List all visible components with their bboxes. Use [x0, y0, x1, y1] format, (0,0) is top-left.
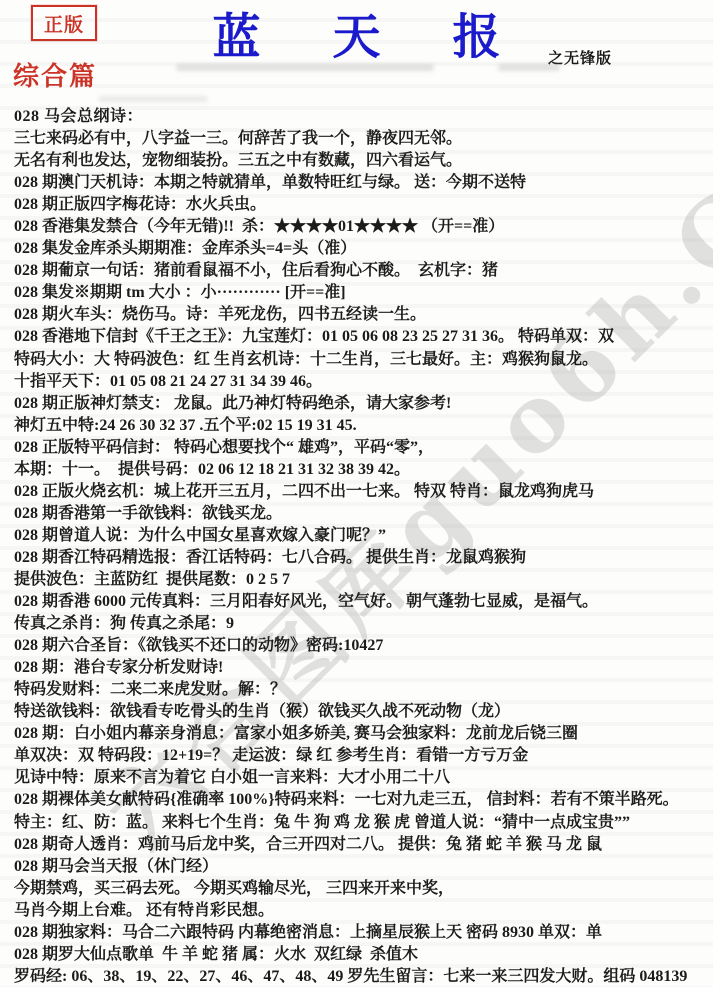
text-line: 028 期：港台专家分析发财诗! — [0, 657, 713, 679]
newspaper-page: 正版 蓝 天 报 之无锋版 综合篇 六合图库guo6h.Com 028 马会总纲… — [0, 0, 713, 987]
text-line: 今期禁鸡，买三码去死。 今期买鸡输尽光， 三四来开来中奖， — [0, 878, 713, 900]
scan-smudge — [176, 64, 434, 71]
text-line: 传真之杀肖：狗 传真之杀尾：9 — [0, 613, 713, 635]
text-line: 特送欲钱料：欲钱看专吃骨头的生肖（猴）欲钱买久战不死动物（龙） — [0, 701, 713, 723]
text-line: 特码发财料：二来二来虎发财。解：？ — [0, 679, 713, 701]
text-line: 028 期葡京一句话：猪前看鼠福不小，住后看狗心不酸。 玄机字：猪 — [0, 260, 713, 282]
text-line: 028 期罗大仙点歌单 牛 羊 蛇 猪 属：火水 双红绿 杀值木 — [0, 944, 713, 966]
text-line: 028 马会总纲诗： — [0, 106, 713, 128]
text-line: 028 期香港 6000 元传真料：三月阳春好风光，空气好。 朝气蓬勃七显威，是… — [0, 591, 713, 613]
text-line: 028 期曾道人说：为什么中国女星喜欢嫁入豪门呢？” — [0, 525, 713, 547]
text-line: 三七来码必有中，八字益一三。何辞苦了我一个，静夜四无邻。 — [0, 128, 713, 150]
text-line: 028 期正版神灯禁支： 龙鼠。此乃神灯特码绝杀，请大家参考! — [0, 393, 713, 415]
text-line: 028 期澳门天机诗：本期之特就猜单，单数特旺红与绿。 送：今期不送特 — [0, 172, 713, 194]
text-line: 无名有利也发达，宠物细装扮。三五之中有数藏，四六看运气。 — [0, 150, 713, 172]
scan-smudge — [498, 64, 560, 71]
section-title: 综合篇 — [13, 56, 97, 93]
text-line: 马肖今期上台难。 还有特肖彩民想。 — [0, 900, 713, 922]
text-line: 028 期：白小姐内幕亲身消息：富家小姐多娇美, 赛马会独家料：龙前龙后铙三圈 — [0, 723, 713, 745]
text-line: 028 期马会当天报（休门经） — [0, 856, 713, 878]
text-line: 见诗中特：原来不言为着它 白小姐一言来料：大才小用二十八 — [0, 767, 713, 789]
text-line: 028 正版特平码信封： 特码心想要找个“ 雄鸡”，平码“零”， — [0, 437, 713, 459]
text-line: 028 集发※期期 tm 大小 ：小············ [开==准] — [0, 282, 713, 304]
text-line: 028 期独家料：马合二六跟特码 内幕绝密消息：上摘星辰猴上天 密码 8930 … — [0, 922, 713, 944]
text-line: 028 期裸体美女献特码{准确率 100%}特码来料：一七对九走三五， 信封料：… — [0, 789, 713, 811]
text-line: 028 期正版四字梅花诗：水火兵虫。 — [0, 194, 713, 216]
text-line: 028 香港地下信封《千王之王》：九宝莲灯：01 05 06 08 23 25 … — [0, 326, 713, 348]
text-line: 028 期香江特码精选报：香江话特码：七八合码。 提供生肖：龙鼠鸡猴狗 — [0, 547, 713, 569]
text-line: 028 期奇人透肖：鸡前马后龙中奖，合三开四对二八。 提供：兔 猪 蛇 羊 猴 … — [0, 834, 713, 856]
text-line: 028 集发金库杀头期期准：金库杀头=4=头（准） — [0, 238, 713, 260]
text-line: 028 香港集发禁合（今年无错)!! 杀：★★★★01★★★★ （开==准） — [0, 216, 713, 238]
tip-lines: 028 马会总纲诗：三七来码必有中，八字益一三。何辞苦了我一个，静夜四无邻。无名… — [0, 106, 713, 987]
text-line: 罗码经: 06、38、19、22、27、46、47、48、49 罗先生留言：七来… — [0, 966, 713, 987]
scan-smudge — [98, 96, 208, 102]
text-line: 特主：红、防：蓝。 来料七个生肖：兔 牛 狗 鸡 龙 猴 虎 曾道人说：“猜中一… — [0, 812, 713, 834]
text-line: 十指平天下：01 05 08 21 24 27 31 34 39 46。 — [0, 371, 713, 393]
text-line: 单双决：双 特码段：12+19=？ 走运波：绿 红 参考生肖：看错一方亏万金 — [0, 745, 713, 767]
text-line: 028 期火车头：烧伤马。诗：羊死龙伤，四书五经读一生。 — [0, 304, 713, 326]
text-line: 本期：十一。 提供号码：02 06 12 18 21 31 32 38 39 4… — [0, 459, 713, 481]
text-line: 028 期六合圣旨：《欲钱买不还口的动物》密码:10427 — [0, 635, 713, 657]
text-line: 提供波色：主蓝防红 提供尾数：0 2 5 7 — [0, 569, 713, 591]
text-line: 028 期香港第一手欲钱料：欲钱买龙。 — [0, 503, 713, 525]
text-line: 特码大小：大 特码波色：红 生肖玄机诗：十二生肖，三七最好。主：鸡猴狗鼠龙。 — [0, 349, 713, 371]
text-line: 028 正版火烧玄机：城上花开三五月，二四不出一七来。 特双 特肖：鼠龙鸡狗虎马 — [0, 481, 713, 503]
text-line: 神灯五中特:24 26 30 32 37 .五个平:02 15 19 31 45… — [0, 415, 713, 437]
